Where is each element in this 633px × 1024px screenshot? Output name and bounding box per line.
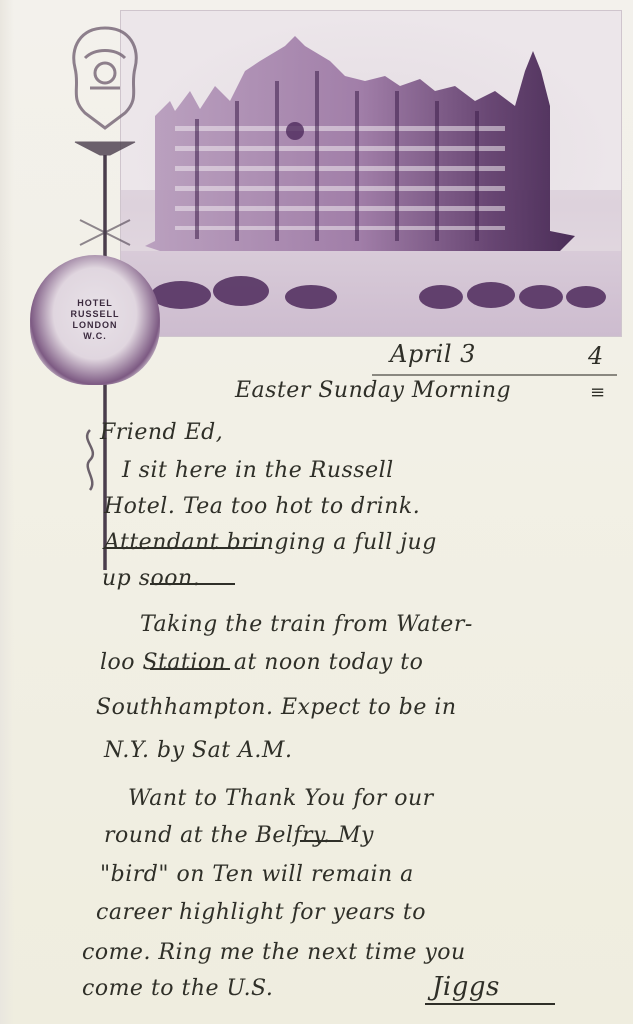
crest-line-hotel: HOTEL: [77, 298, 113, 309]
signature-underline: [425, 1003, 555, 1005]
letter-line-8: N.Y. by Sat A.M.: [104, 738, 292, 763]
strike-soon: [150, 583, 235, 585]
letter-year-suffix: 4: [588, 342, 604, 370]
crest-line-russell: RUSSELL: [70, 309, 119, 320]
hotel-building-icon: [135, 31, 575, 261]
letter-line-14: come to the U.S.: [82, 976, 273, 1001]
letter-line-5: Taking the train from Water-: [140, 612, 473, 637]
letter-occasion: Easter Sunday Morning: [235, 378, 511, 403]
letter-line-11: "bird" on Ten will remain a: [100, 862, 414, 887]
letter-line-10: round at the Belfry. My: [104, 823, 374, 848]
letter-line-2: Hotel. Tea too hot to drink.: [104, 494, 420, 519]
letter-salutation: Friend Ed,: [100, 420, 223, 445]
letter-line-9: Want to Thank You for our: [128, 786, 434, 811]
date-underline: [372, 374, 617, 376]
letter-line-4: up soon.: [102, 566, 200, 591]
letter-line-13: come. Ring me the next time you: [82, 940, 466, 965]
strike-attendant: [104, 547, 264, 549]
trees-icon: [141, 273, 611, 313]
letter-line-6: loo Station at noon today to: [100, 650, 423, 675]
letter-line-12: career highlight for years to: [96, 900, 426, 925]
occasion-mark: ≡: [590, 382, 606, 403]
coat-of-arms-icon: [50, 18, 160, 138]
paper-edge-shadow: [0, 0, 14, 1024]
letter-line-3: Attendant bringing a full jug: [104, 530, 437, 555]
hotel-name-badge: HOTEL RUSSELL LONDON W.C.: [30, 255, 160, 385]
letter-signature: Jiggs: [432, 972, 500, 1002]
hotel-engraving: [120, 10, 622, 337]
crest-line-wc: W.C.: [83, 331, 107, 342]
strike-station: [150, 668, 230, 670]
letter-date: April 3: [390, 340, 476, 368]
letter-line-1: I sit here in the Russell: [122, 458, 394, 483]
crest-line-london: LONDON: [73, 320, 118, 331]
letter-line-7: Southhampton. Expect to be in: [96, 695, 457, 720]
strike-the: [300, 840, 340, 842]
